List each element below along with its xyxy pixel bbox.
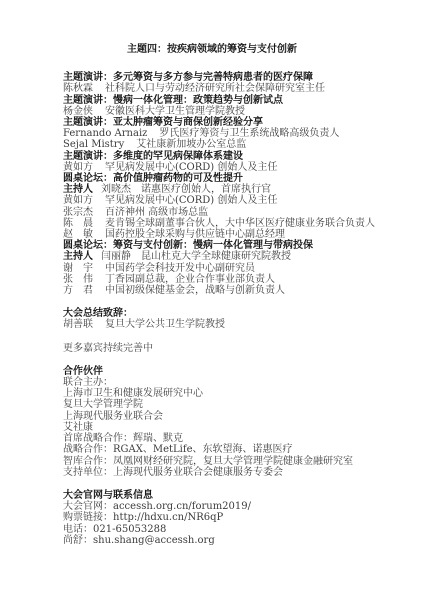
speaker-title: 百济神州 高级市场总监 (105, 207, 208, 218)
speaker-title: 丁香园副总裁，企业合作事业部负责人 (105, 274, 275, 285)
partner-line: 支持单位：上海现代服务业联合会健康服务专委会 (63, 467, 394, 478)
speaker-title: 中国初级保健基金会，战略与创新负责人 (105, 285, 285, 296)
partner-line: 复旦大学管理学院 (63, 399, 394, 410)
host-name: 刘晓杰 (101, 184, 141, 195)
speaker-name: Sejal Mistry (63, 139, 136, 150)
partner-line: 首席战略合作：辉瑞、默克 (63, 433, 394, 444)
speaker-row: 杨金侠安徽医科大学卫生管理学院教授 (63, 106, 394, 117)
speaker-row: 方 君中国初级保健基金会，战略与创新负责人 (63, 285, 394, 296)
speaker-title: 社科院人口与劳动经济研究所社会保障研究室主任 (105, 83, 325, 94)
closing-heading: 大会总结致辞： (63, 308, 394, 319)
partner-line: 上海现代服务业联合会 (63, 411, 394, 422)
host-name: 闫丽静 (101, 251, 141, 262)
speaker-row: Fernando Arnaiz罗氏医疗筹资与卫生系统战略高级负责人 (63, 128, 394, 139)
speaker-title: 罕见病发展中心(CORD) 创始人及主任 (105, 195, 277, 206)
host-row: 主持人闫丽静昆山杜克大学全球健康研究院教授 (63, 251, 394, 262)
speaker-title: 复旦大学公共卫生学院教授 (105, 319, 225, 330)
speaker-row: 陈秋霖社科院人口与劳动经济研究所社会保障研究室主任 (63, 83, 394, 94)
speaker-name: 陈 晨 (63, 218, 105, 229)
partner-line: 上海市卫生和健康发展研究中心 (63, 388, 394, 399)
contact-heading: 大会官网与联系信息 (63, 490, 394, 501)
speaker-row: 谢 宇中国药学会科技开发中心副研究员 (63, 263, 394, 274)
session-heading: 主题演讲：多元筹资与多方参与完善特病患者的医疗保障 (63, 72, 394, 83)
session-heading: 主题演讲：慢病一体化管理：政策趋势与创新试点 (63, 95, 394, 106)
session-heading: 圆桌论坛：高价值肿瘤药物的可及性提升 (63, 173, 394, 184)
session-heading: 圆桌论坛：筹资与支付创新：慢病一体化管理与带病投保 (63, 240, 394, 251)
speaker-title: 中国药学会科技开发中心副研究员 (105, 263, 255, 274)
contact-line: 大会官网：accessh.org.cn/forum2019/ (63, 501, 394, 512)
speaker-title: 国药控股全球采购与供应链中心副总经理 (105, 229, 285, 240)
speaker-name: 杨金侠 (63, 106, 105, 117)
partner-line: 战略合作：RGAX、MetLife、东软望海、诺惠医疗 (63, 444, 394, 455)
contact-section: 大会官网与联系信息 大会官网：accessh.org.cn/forum2019/… (63, 490, 394, 546)
speaker-name: Fernando Arnaiz (63, 128, 159, 139)
host-role-label: 主持人 (63, 184, 101, 195)
contact-line: 尚舒：shu.shang@accessh.org (63, 535, 394, 546)
contact-list: 大会官网：accessh.org.cn/forum2019/购票链接：http:… (63, 501, 394, 546)
speaker-name: 张 伟 (63, 274, 105, 285)
speaker-title: 罕见病发展中心(CORD) 创始人及主任 (105, 162, 277, 173)
partners-list: 联合主办：上海市卫生和健康发展研究中心复旦大学管理学院上海现代服务业联合会艾社康… (63, 377, 394, 478)
speaker-title: 诺惠医疗创始人，首席执行官 (141, 184, 271, 195)
note-section: 更多嘉宾持续完善中 (63, 343, 394, 354)
speaker-name: 谢 宇 (63, 263, 105, 274)
speaker-name: 陈秋霖 (63, 83, 105, 94)
host-role-label: 主持人 (63, 251, 101, 262)
speaker-row: 黄如方罕见病发展中心(CORD) 创始人及主任 (63, 195, 394, 206)
host-row: 主持人刘晓杰诺惠医疗创始人，首席执行官 (63, 184, 394, 195)
partner-line: 艾社康 (63, 422, 394, 433)
contact-line: 电话：021-65053288 (63, 524, 394, 535)
partners-heading: 合作伙伴 (63, 366, 394, 377)
speaker-title: 安徽医科大学卫生管理学院教授 (105, 106, 245, 117)
partner-line: 智库合作：凤凰网财经研究院，复旦大学管理学院健康金融研究室 (63, 456, 394, 467)
speaker-name: 张宗杰 (63, 207, 105, 218)
speaker-row: Sejal Mistry艾社康新加坡办公室总监 (63, 139, 394, 150)
speaker-title: 麦肯锡全球副董事合伙人，大中华区医疗健康业务联合负责人 (105, 218, 375, 229)
session-heading: 主题演讲：亚太肿瘤筹资与商保创新经验分享 (63, 117, 394, 128)
speaker-title: 昆山杜克大学全球健康研究院教授 (141, 251, 291, 262)
speaker-row: 陈 晨麦肯锡全球副董事合伙人，大中华区医疗健康业务联合负责人 (63, 218, 394, 229)
agenda-list: 主题演讲：多元筹资与多方参与完善特病患者的医疗保障陈秋霖社科院人口与劳动经济研究… (63, 72, 394, 296)
speaker-name: 胡善联 (63, 319, 105, 330)
speaker-title: 艾社康新加坡办公室总监 (136, 139, 246, 150)
session-heading: 主题演讲：多维度的罕见病保障体系建设 (63, 151, 394, 162)
closing-speaker-row: 胡善联 复旦大学公共卫生学院教授 (63, 319, 394, 330)
document-page: 主题四：按疾病领域的筹资与支付创新 主题演讲：多元筹资与多方参与完善特病患者的医… (0, 0, 424, 600)
page-title: 主题四：按疾病领域的筹资与支付创新 (0, 44, 424, 55)
speaker-row: 赵 敏国药控股全球采购与供应链中心副总经理 (63, 229, 394, 240)
contact-line: 购票链接：http://hdxu.cn/NR6qP (63, 512, 394, 523)
speaker-name: 黄如方 (63, 195, 105, 206)
partner-line: 联合主办： (63, 377, 394, 388)
speaker-name: 方 君 (63, 285, 105, 296)
speaker-row: 黄如方罕见病发展中心(CORD) 创始人及主任 (63, 162, 394, 173)
speaker-row: 张宗杰百济神州 高级市场总监 (63, 207, 394, 218)
speaker-name: 赵 敏 (63, 229, 105, 240)
note-text: 更多嘉宾持续完善中 (63, 343, 394, 354)
speaker-title: 罗氏医疗筹资与卫生系统战略高级负责人 (159, 128, 339, 139)
speaker-row: 张 伟丁香园副总裁，企业合作事业部负责人 (63, 274, 394, 285)
closing-section: 大会总结致辞： 胡善联 复旦大学公共卫生学院教授 (63, 308, 394, 330)
speaker-name: 黄如方 (63, 162, 105, 173)
partners-section: 合作伙伴 联合主办：上海市卫生和健康发展研究中心复旦大学管理学院上海现代服务业联… (63, 366, 394, 478)
